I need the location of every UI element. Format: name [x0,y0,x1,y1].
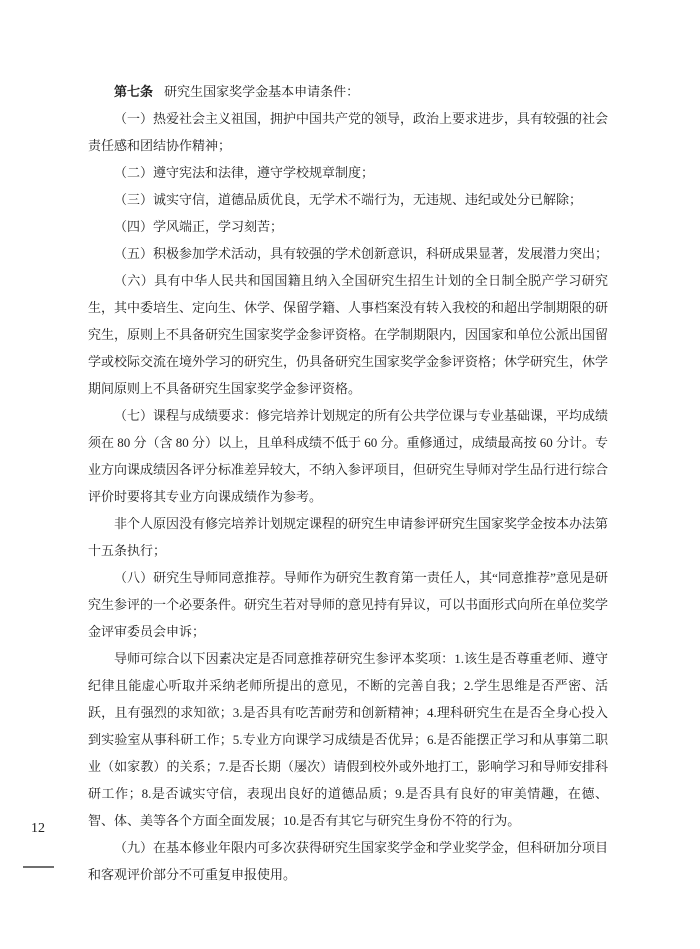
clause-7: （七）课程与成绩要求：修完培养计划规定的所有公共学位课与专业基础课，平均成绩须在… [88,402,608,510]
clause-7-note: 非个人原因没有修完培养计划规定课程的研究生申请参评研究生国家奖学金按本办法第十五… [88,510,608,564]
article-number: 第七条 [114,84,153,99]
footer-rule [23,866,54,868]
clause-4: （四）学风端正，学习刻苦； [88,213,608,240]
clause-2: （二）遵守宪法和法律，遵守学校规章制度； [88,159,608,186]
article-title: 研究生国家奖学金基本申请条件： [164,84,359,99]
document-page: 第七条研究生国家奖学金基本申请条件： （一）热爱社会主义祖国，拥护中国共产党的领… [88,78,608,888]
clause-3: （三）诚实守信，道德品质优良，无学术不端行为，无违规、违纪或处分已解除； [88,186,608,213]
clause-5: （五）积极参加学术活动，具有较强的学术创新意识，科研成果显著，发展潜力突出； [88,240,608,267]
article-heading: 第七条研究生国家奖学金基本申请条件： [88,78,608,105]
clause-6: （六）具有中华人民共和国国籍且纳入全国研究生招生计划的全日制全脱产学习研究生，其… [88,267,608,402]
clause-8-factors: 导师可综合以下因素决定是否同意推荐研究生参评本奖项：1.该生是否尊重老师、遵守纪… [88,645,608,834]
clause-8: （八）研究生导师同意推荐。导师作为研究生教育第一责任人，其“同意推荐”意见是研究… [88,564,608,645]
page-number: 12 [31,820,45,838]
clause-9: （九）在基本修业年限内可多次获得研究生国家奖学金和学业奖学金，但科研加分项目和客… [88,834,608,888]
clause-1: （一）热爱社会主义祖国，拥护中国共产党的领导，政治上要求进步，具有较强的社会责任… [88,105,608,159]
